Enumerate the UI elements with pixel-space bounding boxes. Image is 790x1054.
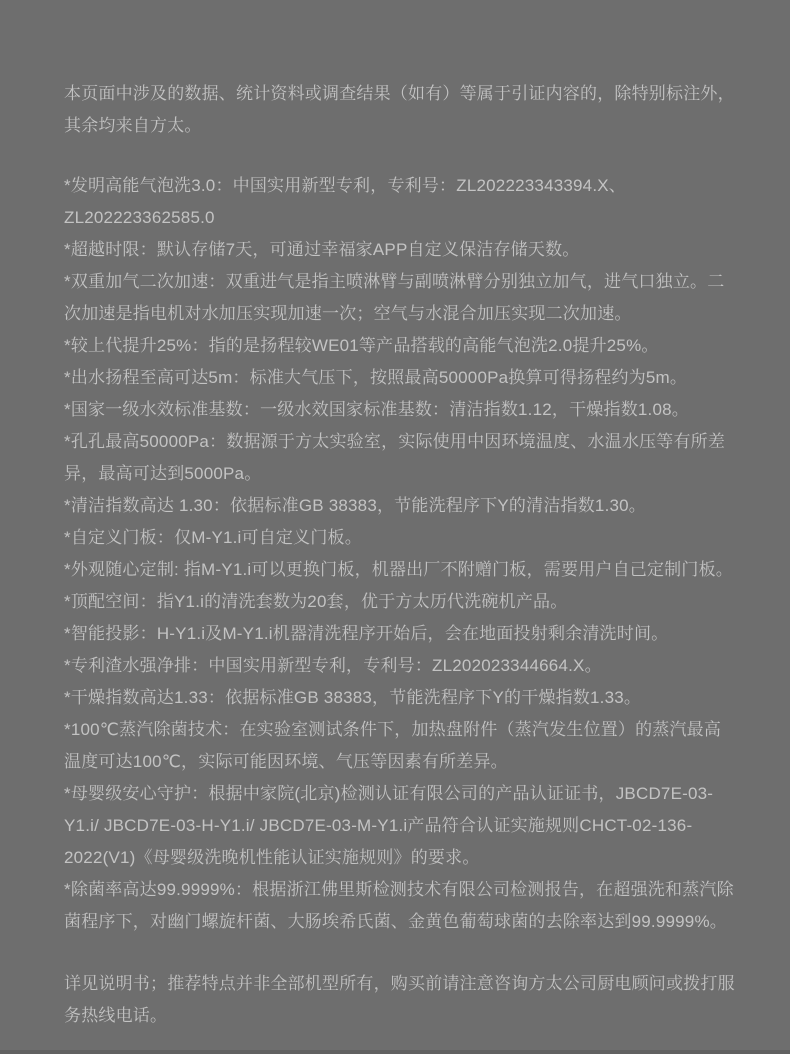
footnote-item: *干燥指数高达1.33：依据标准GB 38383，节能洗程序下Y的干燥指数1.3… <box>64 682 736 714</box>
footnote-item: *清洁指数高达 1.30：依据标准GB 38383，节能洗程序下Y的清洁指数1.… <box>64 490 736 522</box>
footnote-item: *较上代提升25%：指的是扬程较WE01等产品搭载的高能气泡洗2.0提升25%。 <box>64 330 736 362</box>
footnote-item: *孔孔最高50000Pa：数据源于方太实验室，实际使用中因环境温度、水温水压等有… <box>64 426 736 490</box>
disclaimer-content: 本页面中涉及的数据、统计资料或调查结果（如有）等属于引证内容的，除特别标注外，其… <box>64 78 736 1032</box>
footnote-item: *母婴级安心守护：根据中家院(北京)检测认证有限公司的产品认证证书，JBCD7E… <box>64 778 736 874</box>
footer-note-paragraph: 详见说明书；推荐特点并非全部机型所有，购买前请注意咨询方太公司厨电顾问或拨打服务… <box>64 968 736 1032</box>
footnote-item: *自定义门板：仅M-Y1.i可自定义门板。 <box>64 522 736 554</box>
footnote-item: *除菌率高达99.9999%：根据浙江佛里斯检测技术有限公司检测报告，在超强洗和… <box>64 874 736 938</box>
footnote-item: *专利渣水强净排：中国实用新型专利，专利号：ZL202023344664.X。 <box>64 650 736 682</box>
footnote-item: *100℃蒸汽除菌技术：在实验室测试条件下，加热盘附件（蒸汽发生位置）的蒸汽最高… <box>64 714 736 778</box>
disclaimer-page: 本页面中涉及的数据、统计资料或调查结果（如有）等属于引证内容的，除特别标注外，其… <box>0 0 790 1054</box>
page-bottom-divider <box>0 1050 790 1054</box>
intro-paragraph: 本页面中涉及的数据、统计资料或调查结果（如有）等属于引证内容的，除特别标注外，其… <box>64 78 736 142</box>
footnotes-list: *发明高能气泡洗3.0：中国实用新型专利，专利号：ZL202223343394.… <box>64 170 736 938</box>
footnote-item: *超越时限：默认存储7天，可通过幸福家APP自定义保洁存储天数。 <box>64 234 736 266</box>
footnote-item: *发明高能气泡洗3.0：中国实用新型专利，专利号：ZL202223343394.… <box>64 170 736 234</box>
footnote-item: *顶配空间：指Y1.i的清洗套数为20套，优于方太历代洗碗机产品。 <box>64 586 736 618</box>
footnote-item: *出水扬程至高可达5m：标准大气压下，按照最高50000Pa换算可得扬程约为5m… <box>64 362 736 394</box>
footnote-item: *智能投影：H-Y1.i及M-Y1.i机器清洗程序开始后，会在地面投射剩余清洗时… <box>64 618 736 650</box>
footnote-item: *国家一级水效标准基数：一级水效国家标准基数：清洁指数1.12，干燥指数1.08… <box>64 394 736 426</box>
footnote-item: *外观随心定制: 指M-Y1.i可以更换门板，机器出厂不附赠门板，需要用户自己定… <box>64 554 736 586</box>
footnote-item: *双重加气二次加速：双重进气是指主喷淋臂与副喷淋臂分别独立加气，进气口独立。二次… <box>64 266 736 330</box>
